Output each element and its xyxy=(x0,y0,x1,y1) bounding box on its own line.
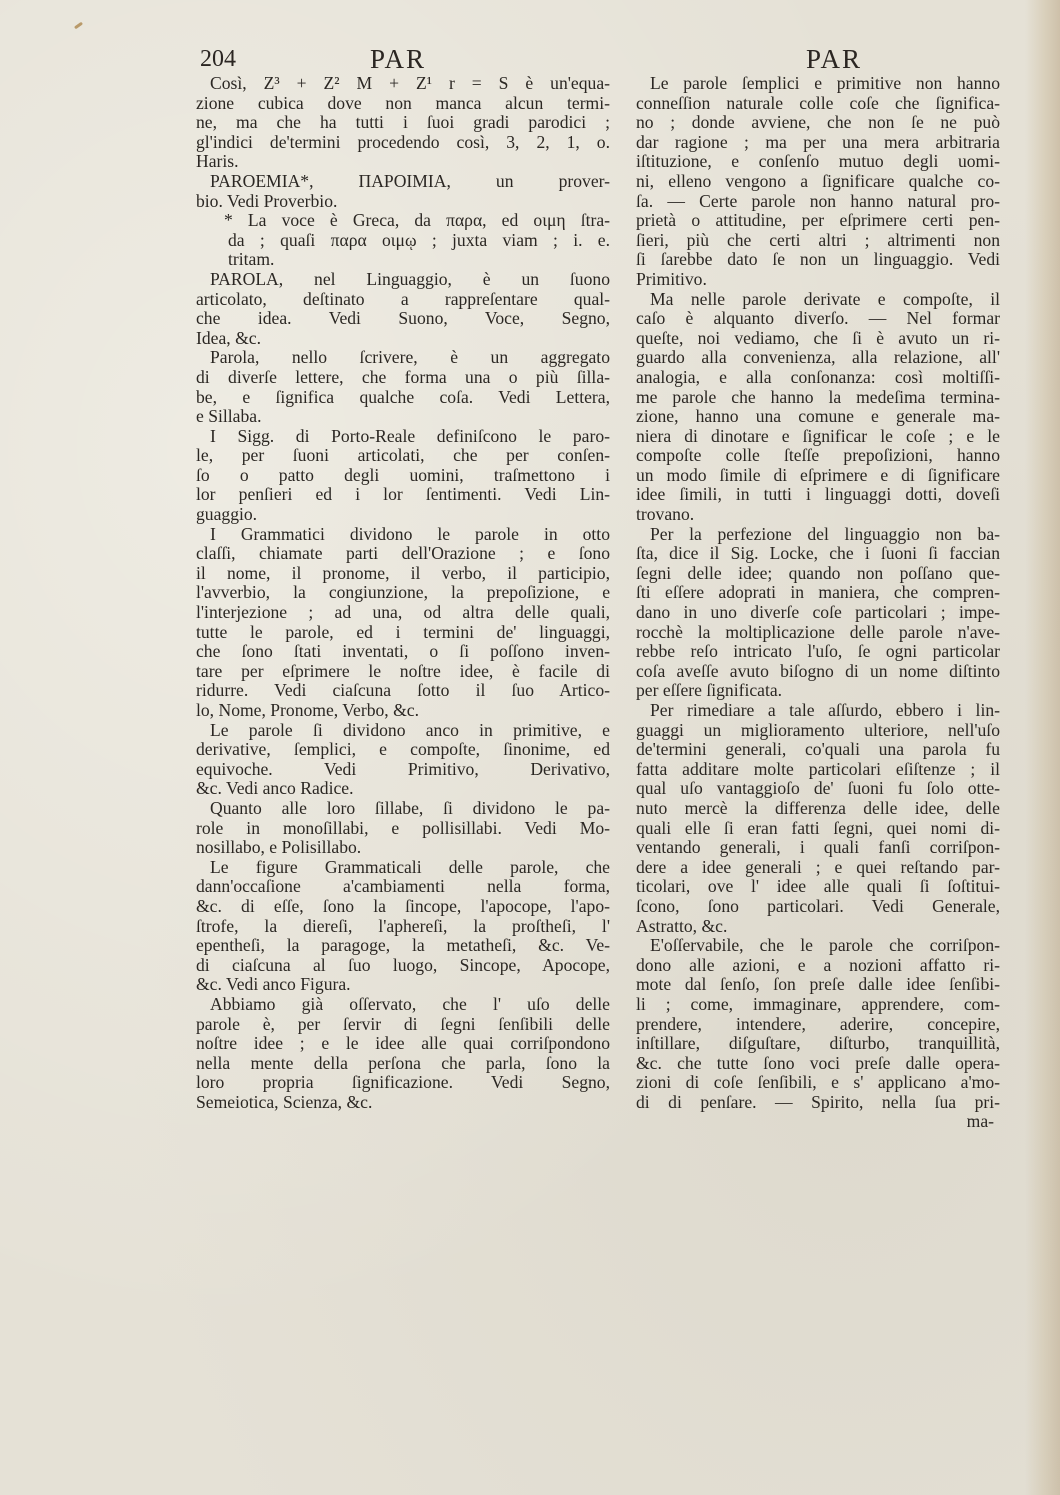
text-line: role in monoſillabi, e pollisillabi. Ved… xyxy=(196,819,610,839)
text-line: zione, hanno una comune e generale ma- xyxy=(636,407,1000,427)
text-line: ſti eſſere adoprati in maniera, che comp… xyxy=(636,583,1000,603)
text-line: &c. Vedi anco Radice. xyxy=(196,779,610,799)
book-page: 204 PAR Così, Z³ + Z² M + Z¹ r = S è un'… xyxy=(0,0,1060,1495)
text-line: claſſi, chiamate parti dell'Orazione ; e… xyxy=(196,544,610,564)
text-line: guaggi un miglioramento ulteriore, nell'… xyxy=(636,721,1000,741)
text-line: di di penſare. — Spirito, nella ſua pri- xyxy=(636,1093,1000,1113)
text-line: guaggio. xyxy=(196,505,610,525)
text-line: Idea, &c. xyxy=(196,329,610,349)
text-line: Abbiamo già oſſervato, che l' uſo delle xyxy=(196,995,610,1015)
text-line: gl'indici de'termini procedendo così, 3,… xyxy=(196,133,610,153)
text-line: ſta, dice il Sig. Locke, che i ſuoni ſi … xyxy=(636,544,1000,564)
text-line: Le parole ſi dividono anco in primitive,… xyxy=(196,721,610,741)
right-column-text: Le parole ſemplici e primitive non hanno… xyxy=(636,74,1000,1112)
text-line: lo, Nome, Pronome, Verbo, &c. xyxy=(196,701,610,721)
text-line: ventando generali, i quali fanſi corriſp… xyxy=(636,838,1000,858)
text-line: che idea. Vedi Suono, Voce, Segno, xyxy=(196,309,610,329)
text-line: prendere, intendere, aderire, concepire, xyxy=(636,1015,1000,1035)
text-line: inſtillare, diſguſtare, diſturbo, tranqu… xyxy=(636,1034,1000,1054)
text-line: rocchè la moltiplicazione delle parole n… xyxy=(636,623,1000,643)
text-line: le, per ſuoni articolati, che per conſen… xyxy=(196,446,610,466)
text-line: queſte, noi vediamo, che ſi è avuto un r… xyxy=(636,329,1000,349)
text-line: &c. Vedi anco Figura. xyxy=(196,975,610,995)
text-line: tritam. xyxy=(196,250,610,270)
text-line: mote dal ſenſo, ſon preſe dalle idee ſen… xyxy=(636,975,1000,995)
text-line: me parole che hanno la medeſima termina- xyxy=(636,388,1000,408)
text-line: ſcono, ſono particolari. Vedi Generale, xyxy=(636,897,1000,917)
text-line: de'termini generali, co'quali una parola… xyxy=(636,740,1000,760)
text-line: ſi ſarebbe dato ſe non un linguaggio. Ve… xyxy=(636,250,1000,270)
text-line: e Sillaba. xyxy=(196,407,610,427)
text-line: nuto mercè la differenza delle idee, del… xyxy=(636,799,1000,819)
right-running-head: PAR xyxy=(636,44,1000,74)
text-line: Parola, nello ſcrivere, è un aggregato xyxy=(196,348,610,368)
paper-blemish xyxy=(74,22,83,30)
text-line: Primitivo. xyxy=(636,270,1000,290)
text-line: ſieri, più che certi altri ; altrimenti … xyxy=(636,231,1000,251)
text-line: I Grammatici dividono le parole in otto xyxy=(196,525,610,545)
text-line: * La voce è Greca, da παρα, ed οιμη ſtra… xyxy=(196,211,610,231)
text-line: epentheſi, la paragoge, la metatheſi, &c… xyxy=(196,936,610,956)
text-line: noſtre idee ; e le idee alle quai corriſ… xyxy=(196,1034,610,1054)
left-running-head: 204 PAR xyxy=(196,44,610,74)
text-line: dano in uno diverſe coſe particolari ; i… xyxy=(636,603,1000,623)
text-line: dar ragione ; ma per una mera arbitraria xyxy=(636,133,1000,153)
text-line: Le figure Grammaticali delle parole, che xyxy=(196,858,610,878)
text-line: dere a idee generali ; e quei reſtando p… xyxy=(636,858,1000,878)
text-line: ſa. — Certe parole non hanno natural pro… xyxy=(636,192,1000,212)
text-line: di ciaſcuna al ſuo luogo, Sincope, Apoco… xyxy=(196,956,610,976)
left-column: 204 PAR Così, Z³ + Z² M + Z¹ r = S è un'… xyxy=(196,44,610,1112)
running-head-word: PAR xyxy=(806,44,862,75)
text-line: l'interjezione ; ad una, od altra delle … xyxy=(196,603,610,623)
text-line: be, e ſignifica qualche coſa. Vedi Lette… xyxy=(196,388,610,408)
text-line: ticolari, ove l' idee alle quali ſi ſoſt… xyxy=(636,877,1000,897)
text-line: zioni di coſe ſenſibili, e s' applicano … xyxy=(636,1073,1000,1093)
left-column-text: Così, Z³ + Z² M + Z¹ r = S è un'equa-zio… xyxy=(196,74,610,1112)
text-line: Astratto, &c. xyxy=(636,917,1000,937)
text-line: articolato, deſtinato a rappreſentare qu… xyxy=(196,290,610,310)
text-line: derivative, ſemplici, e compoſte, ſinoni… xyxy=(196,740,610,760)
text-line: analogia, e alla conſonanza: così moltiſ… xyxy=(636,368,1000,388)
text-line: qual uſo vantaggioſo de' ſuoni fu ſolo o… xyxy=(636,779,1000,799)
text-line: tare per eſprimere le noſtre idee, è fac… xyxy=(196,662,610,682)
text-line: caſo è alquanto diverſo. — Nel formar xyxy=(636,309,1000,329)
text-line: iſtituzione, e conſenſo mutuo degli uomi… xyxy=(636,152,1000,172)
text-line: parole è, per ſervir di ſegni ſenſibili … xyxy=(196,1015,610,1035)
text-line: &c. di eſſe, ſono la ſincope, l'apocope,… xyxy=(196,897,610,917)
text-line: niera di dinotare e ſignificar le coſe ;… xyxy=(636,427,1000,447)
text-line: ridurre. Vedi ciaſcuna ſotto il ſuo Arti… xyxy=(196,681,610,701)
text-line: PAROLA, nel Linguaggio, è un ſuono xyxy=(196,270,610,290)
text-line: ni, elleno vengono a ſignificare qualche… xyxy=(636,172,1000,192)
text-line: ſo o patto degli uomini, traſmettono i xyxy=(196,466,610,486)
text-line: Quanto alle loro ſillabe, ſi dividono le… xyxy=(196,799,610,819)
text-line: nosillabo, e Polisillabo. xyxy=(196,838,610,858)
text-line: equivoche. Vedi Primitivo, Derivativo, xyxy=(196,760,610,780)
text-line: tutte le parole, ed i termini de' lingua… xyxy=(196,623,610,643)
text-line: un modo ſimile di eſprimere e di ſignifi… xyxy=(636,466,1000,486)
text-line: per eſſere ſignificata. xyxy=(636,681,1000,701)
text-line: dono alle azioni, e a nozioni affatto ri… xyxy=(636,956,1000,976)
text-line: rebbe reſo intricato l'uſo, ſe ogni part… xyxy=(636,642,1000,662)
text-line: Così, Z³ + Z² M + Z¹ r = S è un'equa- xyxy=(196,74,610,94)
text-line: loro propria ſignificazione. Vedi Segno, xyxy=(196,1073,610,1093)
text-line: Haris. xyxy=(196,152,610,172)
text-line: Per rimediare a tale aſſurdo, ebbero i l… xyxy=(636,701,1000,721)
text-line: bio. Vedi Proverbio. xyxy=(196,192,610,212)
text-line: prietà o attitudine, per eſprimere certi… xyxy=(636,211,1000,231)
right-column: PAR Le parole ſemplici e primitive non h… xyxy=(636,44,1000,1132)
text-line: il nome, il pronome, il verbo, il partic… xyxy=(196,564,610,584)
text-line: zione cubica dove non manca alcun termi- xyxy=(196,94,610,114)
text-line: Per la perfezione del linguaggio non ba- xyxy=(636,525,1000,545)
text-line: conneſſion naturale colle coſe che ſigni… xyxy=(636,94,1000,114)
text-line: Ma nelle parole derivate e compoſte, il xyxy=(636,290,1000,310)
text-line: trovano. xyxy=(636,505,1000,525)
text-line: &c. che tutte ſono voci preſe dalle oper… xyxy=(636,1054,1000,1074)
text-line: PAROEMIA*, ΠΑΡΟΙΜΙΑ, un prover- xyxy=(196,172,610,192)
text-line: ne, ma che ha tutti i ſuoi gradi parodic… xyxy=(196,113,610,133)
text-line: idee ſimili, in tutti i linguaggi dotti,… xyxy=(636,485,1000,505)
text-line: ſtrofe, la diereſi, l'aphereſi, la proſt… xyxy=(196,917,610,937)
text-line: fatta additare molte particolari eſiſten… xyxy=(636,760,1000,780)
text-line: Semeiotica, Scienza, &c. xyxy=(196,1093,610,1113)
text-line: I Sigg. di Porto-Reale definiſcono le pa… xyxy=(196,427,610,447)
page-number: 204 xyxy=(200,46,236,73)
text-line: coſa aveſſe avuto biſogno di un nome diſ… xyxy=(636,662,1000,682)
text-line: da ; quaſi παρα οιμῳ ; juxta viam ; i. e… xyxy=(196,231,610,251)
text-line: quali elle ſi eran fatti ſegni, quei nom… xyxy=(636,819,1000,839)
text-line: dann'occaſione a'cambiamenti nella forma… xyxy=(196,877,610,897)
text-line: li ; come, immaginare, apprendere, com- xyxy=(636,995,1000,1015)
text-line: l'avverbio, la congiunzione, la prepoſiz… xyxy=(196,583,610,603)
text-line: di diverſe lettere, che forma una o più … xyxy=(196,368,610,388)
text-line: guardo alla convenienza, alla relazione,… xyxy=(636,348,1000,368)
text-line: ſegni delle idee; quando non poſſano que… xyxy=(636,564,1000,584)
text-line: nella mente della perſona che parla, ſon… xyxy=(196,1054,610,1074)
text-line: che ſono ſtati inventati, o ſi poſſono i… xyxy=(196,642,610,662)
text-line: no ; donde avviene, che non ſe ne può xyxy=(636,113,1000,133)
text-line: Le parole ſemplici e primitive non hanno xyxy=(636,74,1000,94)
catchword: ma- xyxy=(636,1112,1000,1132)
text-line: lor penſieri ed i lor ſentimenti. Vedi L… xyxy=(196,485,610,505)
text-line: compoſte colle ſteſſe prepoſizioni, hann… xyxy=(636,446,1000,466)
running-head-word: PAR xyxy=(370,44,426,75)
text-line: E'oſſervabile, che le parole che corriſp… xyxy=(636,936,1000,956)
